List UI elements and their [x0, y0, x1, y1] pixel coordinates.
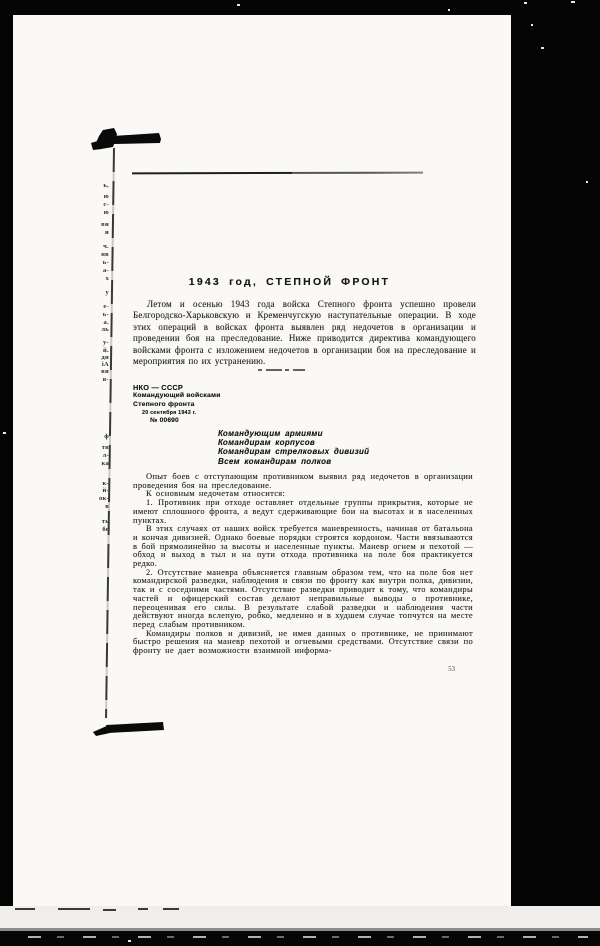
margin-text-fragment: ю [87, 209, 109, 216]
letterhead-block: НКО — СССР Командующий войсками Степного… [133, 384, 221, 425]
chapter-title: 1943 год, СТЕПНОЙ ФРОНТ [117, 276, 462, 288]
margin-text-fragment: ок- [87, 495, 109, 502]
book-page: ь,юс-ювиич.нвь-а-хуе-ь-а.льу-й.диіАвив-ф… [13, 15, 511, 906]
dust-speck [586, 181, 588, 183]
margin-text-fragment: с- [87, 201, 109, 208]
scan-smudge [58, 908, 90, 910]
margin-text-fragment: ка [87, 460, 109, 467]
document-paragraph: 2. Отсутствие маневра объясняется главны… [133, 568, 473, 629]
editorial-intro-paragraph: Летом и осенью 1943 года войска Степного… [133, 299, 476, 367]
dust-speck [237, 4, 240, 6]
film-edge-dashes [28, 936, 588, 938]
dust-speck [524, 2, 527, 4]
scan-smudge [163, 908, 179, 910]
scanned-document-photo: ь,юс-ювиич.нвь-а-хуе-ь-а.льу-й.диіАвив-ф… [0, 0, 600, 946]
margin-text-fragment: ь- [87, 311, 109, 318]
margin-text-fragment: ви [87, 368, 109, 375]
letterhead-doc-number: № 00690 [133, 417, 221, 425]
margin-text-fragment: ль [87, 326, 109, 333]
dust-speck [531, 24, 533, 26]
film-edge-band [0, 931, 600, 946]
margin-text-fragment: в [87, 503, 109, 510]
margin-text-fragment: к- [87, 480, 109, 487]
document-paragraph: Командиры полков и дивизий, не имея данн… [133, 629, 473, 655]
margin-text-fragment: ь, [87, 182, 109, 189]
margin-text-fragment: ди [87, 354, 109, 361]
scan-smudge [15, 908, 35, 910]
letterhead-unit-line2: Степного фронта [133, 401, 221, 409]
margin-text-fragment: тв [87, 444, 109, 451]
document-paragraph: Опыт боев с отступающим противником выяв… [133, 472, 473, 489]
letterhead-unit-line1: Командующий войсками [133, 392, 221, 400]
scan-smudge [103, 909, 116, 911]
scan-bottom-band [0, 906, 600, 929]
margin-text-fragment: ть [87, 518, 109, 525]
page-number: 53 [425, 666, 455, 673]
document-paragraph: В этих случаях от наших войск требуется … [133, 524, 473, 568]
margin-text-fragment: х [87, 275, 109, 282]
document-body: Опыт боев с отступающим противником выяв… [133, 472, 473, 655]
dust-speck [571, 1, 575, 3]
margin-text-fragment: ч. [87, 243, 109, 250]
addressee-list: Командующим армиямиКомандирам корпусовКо… [218, 429, 369, 466]
margin-text-fragment: ь- [87, 259, 109, 266]
ink-mark-top [89, 127, 163, 153]
dust-speck [128, 940, 131, 942]
margin-text-fragment: л- [87, 452, 109, 459]
margin-text-fragment: и [87, 229, 109, 236]
scan-edge-rule [132, 172, 423, 175]
margin-text-fragment: іА [87, 361, 109, 368]
margin-text-fragment: ф [87, 433, 109, 440]
margin-text-fragment: ю [87, 193, 109, 200]
addressee-line: Всем командирам полков [218, 457, 369, 466]
margin-text-fragment: у- [87, 339, 109, 346]
section-divider-rule [258, 369, 305, 371]
margin-text-fragment: в- [87, 376, 109, 383]
dust-speck [3, 432, 6, 434]
addressee-line: Командующим армиями [218, 429, 369, 438]
ink-mark-bottom [93, 720, 165, 742]
margin-text-fragment: а. [87, 319, 109, 326]
dust-speck [541, 47, 544, 49]
margin-text-fragment: бе [87, 526, 109, 533]
margin-text-fragment: у [87, 289, 109, 296]
margin-text-fragment: а- [87, 267, 109, 274]
document-paragraph: 1. Противник при отходе оставляет отдель… [133, 498, 473, 524]
margin-text-fragment: й- [87, 487, 109, 494]
margin-text-fragment: ви [87, 221, 109, 228]
scan-smudge [138, 908, 148, 910]
margin-text-fragment: нв [87, 251, 109, 258]
addressee-line: Командирам корпусов [218, 438, 369, 447]
margin-text-fragment: й. [87, 347, 109, 354]
margin-text-fragment: е- [87, 303, 109, 310]
addressee-line: Командирам стрелковых дивизий [218, 447, 369, 456]
dust-speck [448, 9, 450, 11]
